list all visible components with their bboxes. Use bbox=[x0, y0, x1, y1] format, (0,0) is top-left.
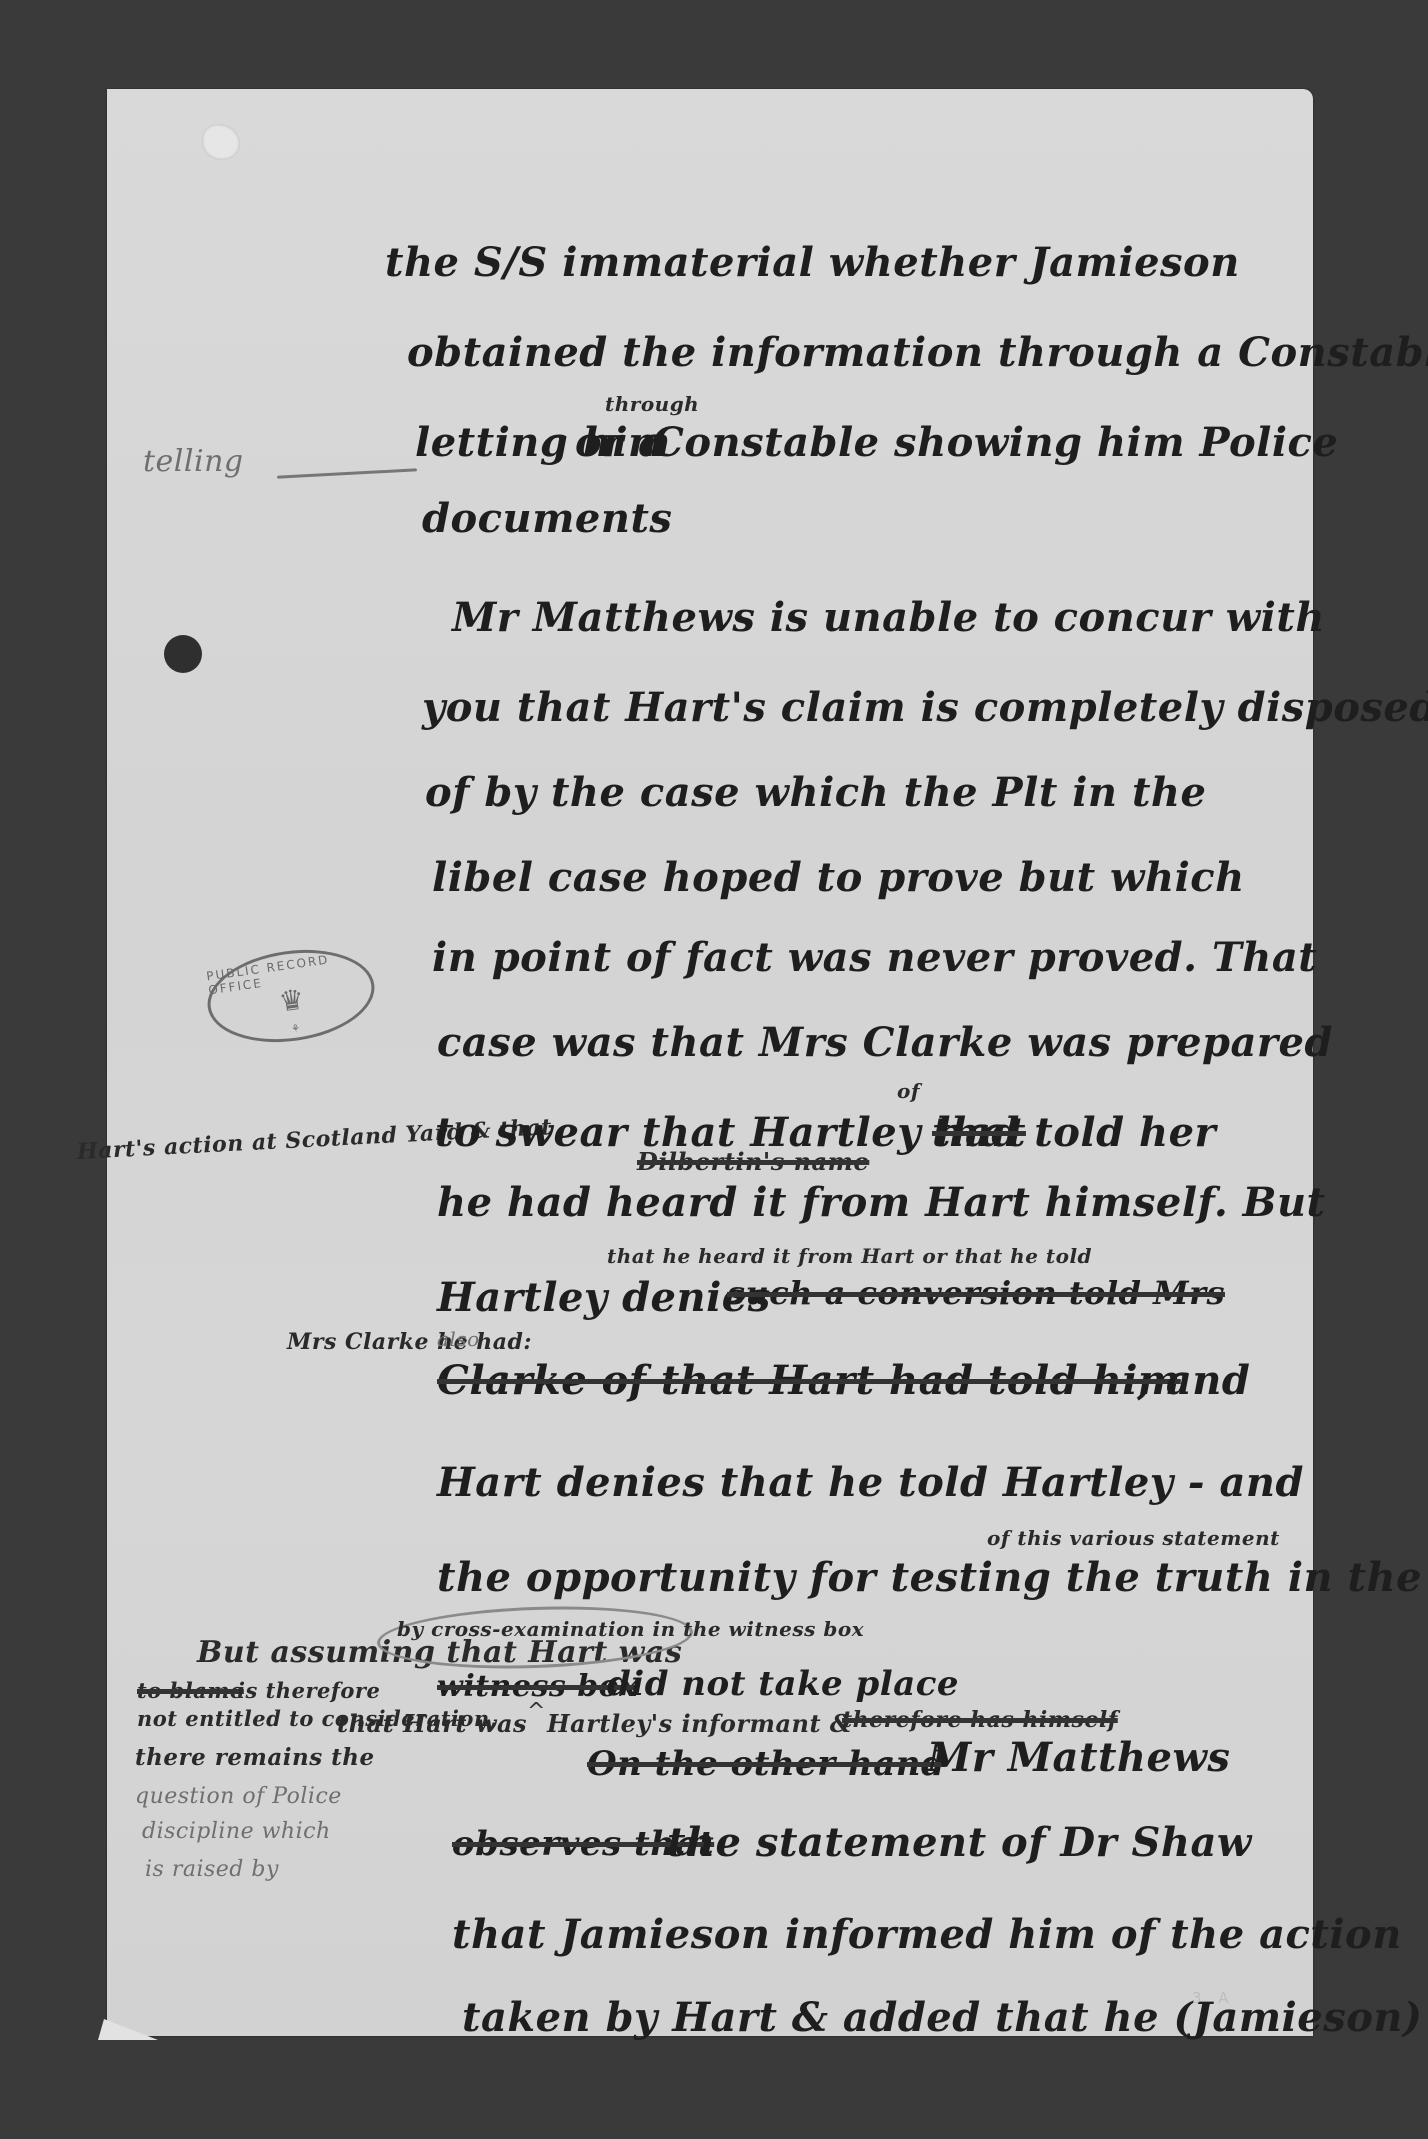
body-line: case was that Mrs Clarke was prepared bbox=[437, 1019, 1333, 1066]
document-page: PUBLIC RECORD OFFICE ♛ ⚘ telling Hart's … bbox=[107, 89, 1313, 2036]
caret-mark: ^ bbox=[527, 1699, 545, 1724]
body-line: you that Hart's claim is completely disp… bbox=[422, 684, 1428, 731]
margin-line: there remains the bbox=[135, 1744, 375, 1771]
margin-note-mrs-clarke: Mrs Clarke he had: bbox=[287, 1329, 532, 1355]
margin-note-telling: telling bbox=[143, 444, 244, 479]
punch-hole bbox=[164, 635, 202, 673]
body-line: that Jamieson informed him of the action bbox=[452, 1911, 1402, 1958]
insertion-text: Hartley's informant & bbox=[547, 1709, 852, 1738]
body-line: Hart denies that he told Hartley - and bbox=[437, 1459, 1304, 1506]
insertion-text: of bbox=[897, 1079, 920, 1103]
crown-icon: ♛ bbox=[277, 985, 306, 1016]
body-text: the statement of Dr Shaw bbox=[667, 1819, 1252, 1866]
body-text: , and bbox=[1137, 1357, 1250, 1404]
insertion-text: that he heard it from Hart or that he to… bbox=[607, 1244, 1092, 1268]
body-line: obtained the information through a Const… bbox=[407, 329, 1428, 376]
insertion-text: that Hart was bbox=[337, 1709, 527, 1738]
body-line: in point of fact was never proved. That bbox=[432, 934, 1317, 981]
stamp-mark-icon: ⚘ bbox=[290, 1023, 300, 1035]
circled-insertion: by cross-examination in the witness box bbox=[397, 1617, 864, 1641]
body-line: taken by Hart & added that he (Jamieson) bbox=[462, 1994, 1422, 2041]
struck-text: On the other hand bbox=[587, 1744, 945, 1784]
body-text: Hartley denies bbox=[437, 1274, 771, 1321]
torn-corner-bottom-left bbox=[98, 2010, 158, 2040]
margin-line: discipline which bbox=[142, 1819, 331, 1844]
folio-number: 3 A bbox=[1192, 1989, 1235, 2007]
body-text: did not take place bbox=[607, 1664, 959, 1704]
margin-line: is therefore bbox=[237, 1678, 380, 1703]
insertion-text: also bbox=[437, 1327, 480, 1351]
struck-text: Dilbertin's name bbox=[637, 1147, 869, 1176]
struck-text: therefore has himself bbox=[842, 1707, 1118, 1733]
body-line: libel case hoped to prove but which bbox=[432, 854, 1245, 901]
margin-line: question of Police bbox=[135, 1784, 342, 1809]
body-line: of by the case which the Plt in the bbox=[425, 769, 1206, 816]
torn-paper-mark bbox=[202, 124, 240, 160]
body-text: Mr Matthews bbox=[927, 1734, 1230, 1781]
body-text: the opportunity for testing the truth in… bbox=[437, 1554, 1422, 1601]
insertion-text: through bbox=[605, 392, 699, 416]
struck-text: Clarke of that Hart had told him bbox=[437, 1357, 1181, 1404]
margin-line: is raised by bbox=[145, 1857, 279, 1882]
body-line: Mr Matthews is unable to concur with bbox=[452, 594, 1325, 641]
struck-text: such a conversion told Mrs bbox=[727, 1274, 1225, 1312]
pencil-underline bbox=[277, 468, 417, 478]
public-record-office-stamp: PUBLIC RECORD OFFICE ♛ ⚘ bbox=[202, 940, 381, 1053]
body-line: he had heard it from Hart himself. But bbox=[437, 1179, 1326, 1226]
margin-line-struck: to blame bbox=[137, 1678, 244, 1703]
body-text: Constable showing him Police bbox=[652, 419, 1338, 466]
struck-text: that bbox=[932, 1109, 1026, 1156]
body-line: documents bbox=[422, 495, 672, 542]
body-line: the S/S immaterial whether Jamieson bbox=[385, 239, 1240, 286]
insertion-text: of this various statement bbox=[987, 1526, 1280, 1550]
